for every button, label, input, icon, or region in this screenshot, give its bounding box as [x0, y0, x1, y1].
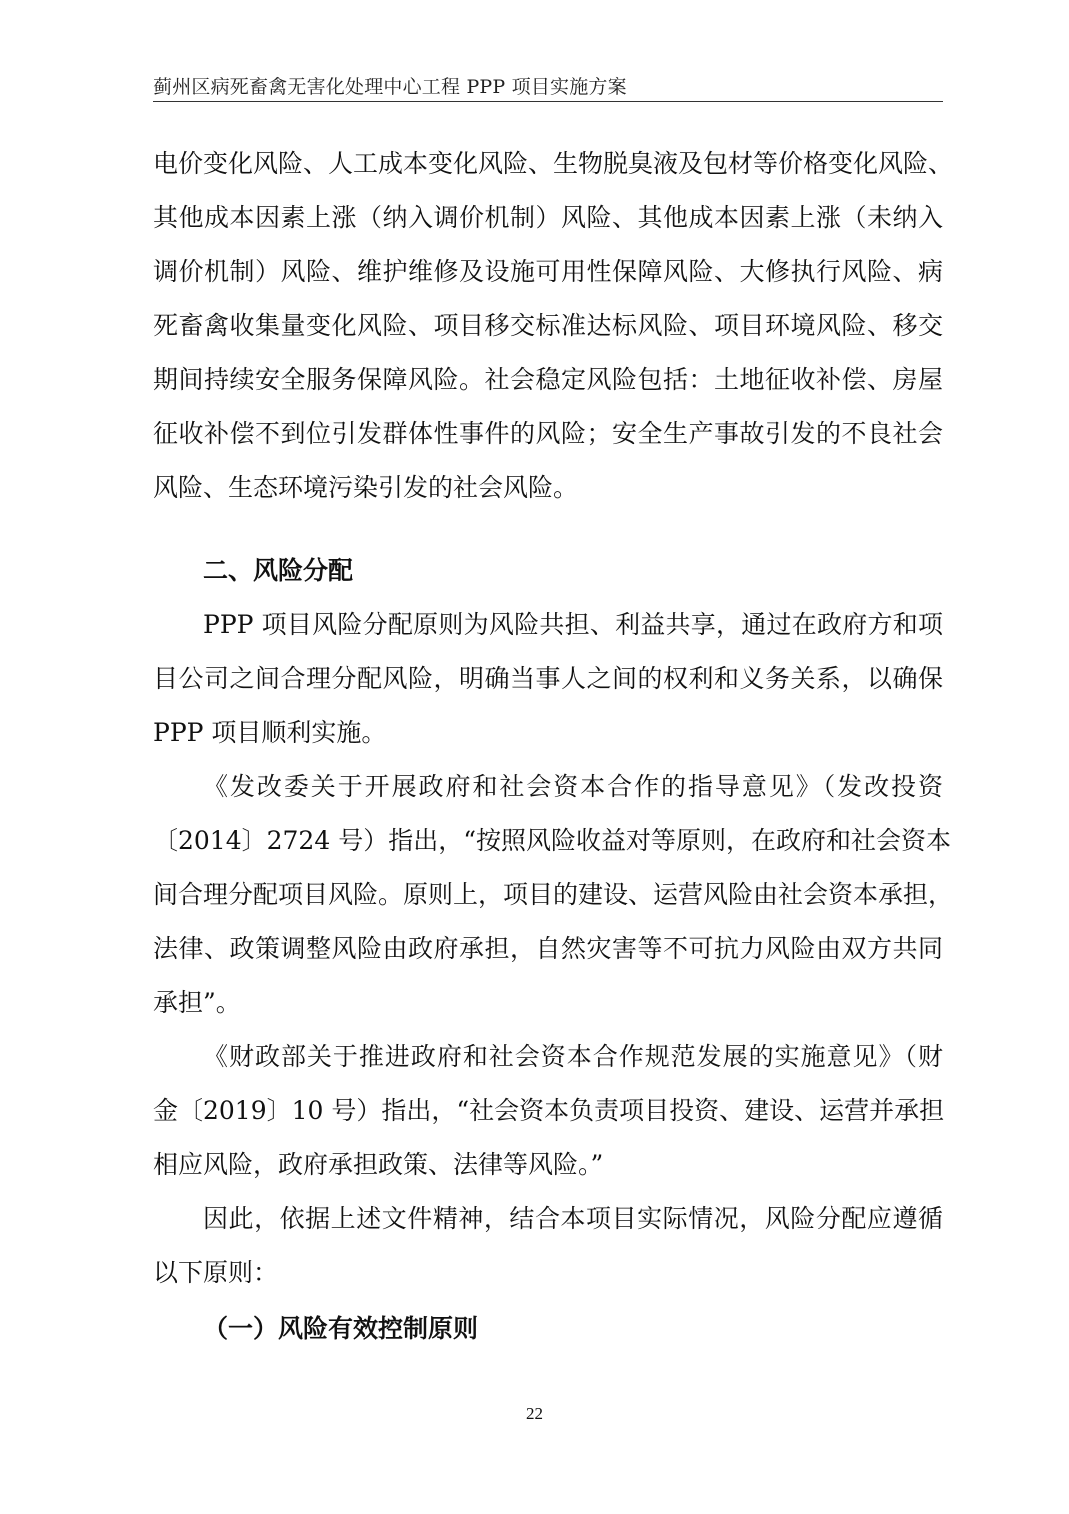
text-line: PPP 项目风险分配原则为风险共担、利益共享，通过在政府方和项: [203, 608, 943, 642]
text-line: 风险、生态环境污染引发的社会风险。: [153, 471, 943, 505]
page-number: 22: [0, 1404, 1069, 1424]
text-line: 电价变化风险、人工成本变化风险、生物脱臭液及包材等价格变化风险、: [153, 147, 943, 181]
text-line: 死畜禽收集量变化风险、项目移交标准达标风险、项目环境风险、移交: [153, 309, 943, 343]
text-line: 金〔2019〕10 号）指出，“社会资本负责项目投资、建设、运营并承担: [153, 1094, 943, 1128]
text-line: 〔2014〕2724 号）指出，“按照风险收益对等原则，在政府和社会资本: [153, 824, 943, 858]
text-line: 《财政部关于推进政府和社会资本合作规范发展的实施意见》（财: [203, 1040, 943, 1074]
text-line: 因此，依据上述文件精神，结合本项目实际情况，风险分配应遵循: [203, 1202, 943, 1236]
header-divider: [153, 101, 943, 102]
text-line: 间合理分配项目风险。原则上，项目的建设、运营风险由社会资本承担，: [153, 878, 943, 912]
subsection-heading: （一）风险有效控制原则: [203, 1312, 478, 1346]
section-heading: 二、风险分配: [203, 554, 353, 588]
text-line: 以下原则：: [153, 1256, 943, 1290]
text-line: 其他成本因素上涨（纳入调价机制）风险、其他成本因素上涨（未纳入: [153, 201, 943, 235]
text-line: 相应风险，政府承担政策、法律等风险。”: [153, 1148, 943, 1182]
text-line: 目公司之间合理分配风险，明确当事人之间的权利和义务关系，以确保: [153, 662, 943, 696]
text-line: 《发改委关于开展政府和社会资本合作的指导意见》（发改投资: [203, 770, 943, 804]
text-line: 承担”。: [153, 986, 943, 1020]
text-line: 调价机制）风险、维护维修及设施可用性保障风险、大修执行风险、病: [153, 255, 943, 289]
text-line: 法律、政策调整风险由政府承担，自然灾害等不可抗力风险由双方共同: [153, 932, 943, 966]
text-line: PPP 项目顺利实施。: [153, 716, 943, 750]
document-title: 蓟州区病死畜禽无害化处理中心工程 PPP 项目实施方案: [153, 74, 943, 100]
text-line: 期间持续安全服务保障风险。社会稳定风险包括：土地征收补偿、房屋: [153, 363, 943, 397]
text-line: 征收补偿不到位引发群体性事件的风险；安全生产事故引发的不良社会: [153, 417, 943, 451]
